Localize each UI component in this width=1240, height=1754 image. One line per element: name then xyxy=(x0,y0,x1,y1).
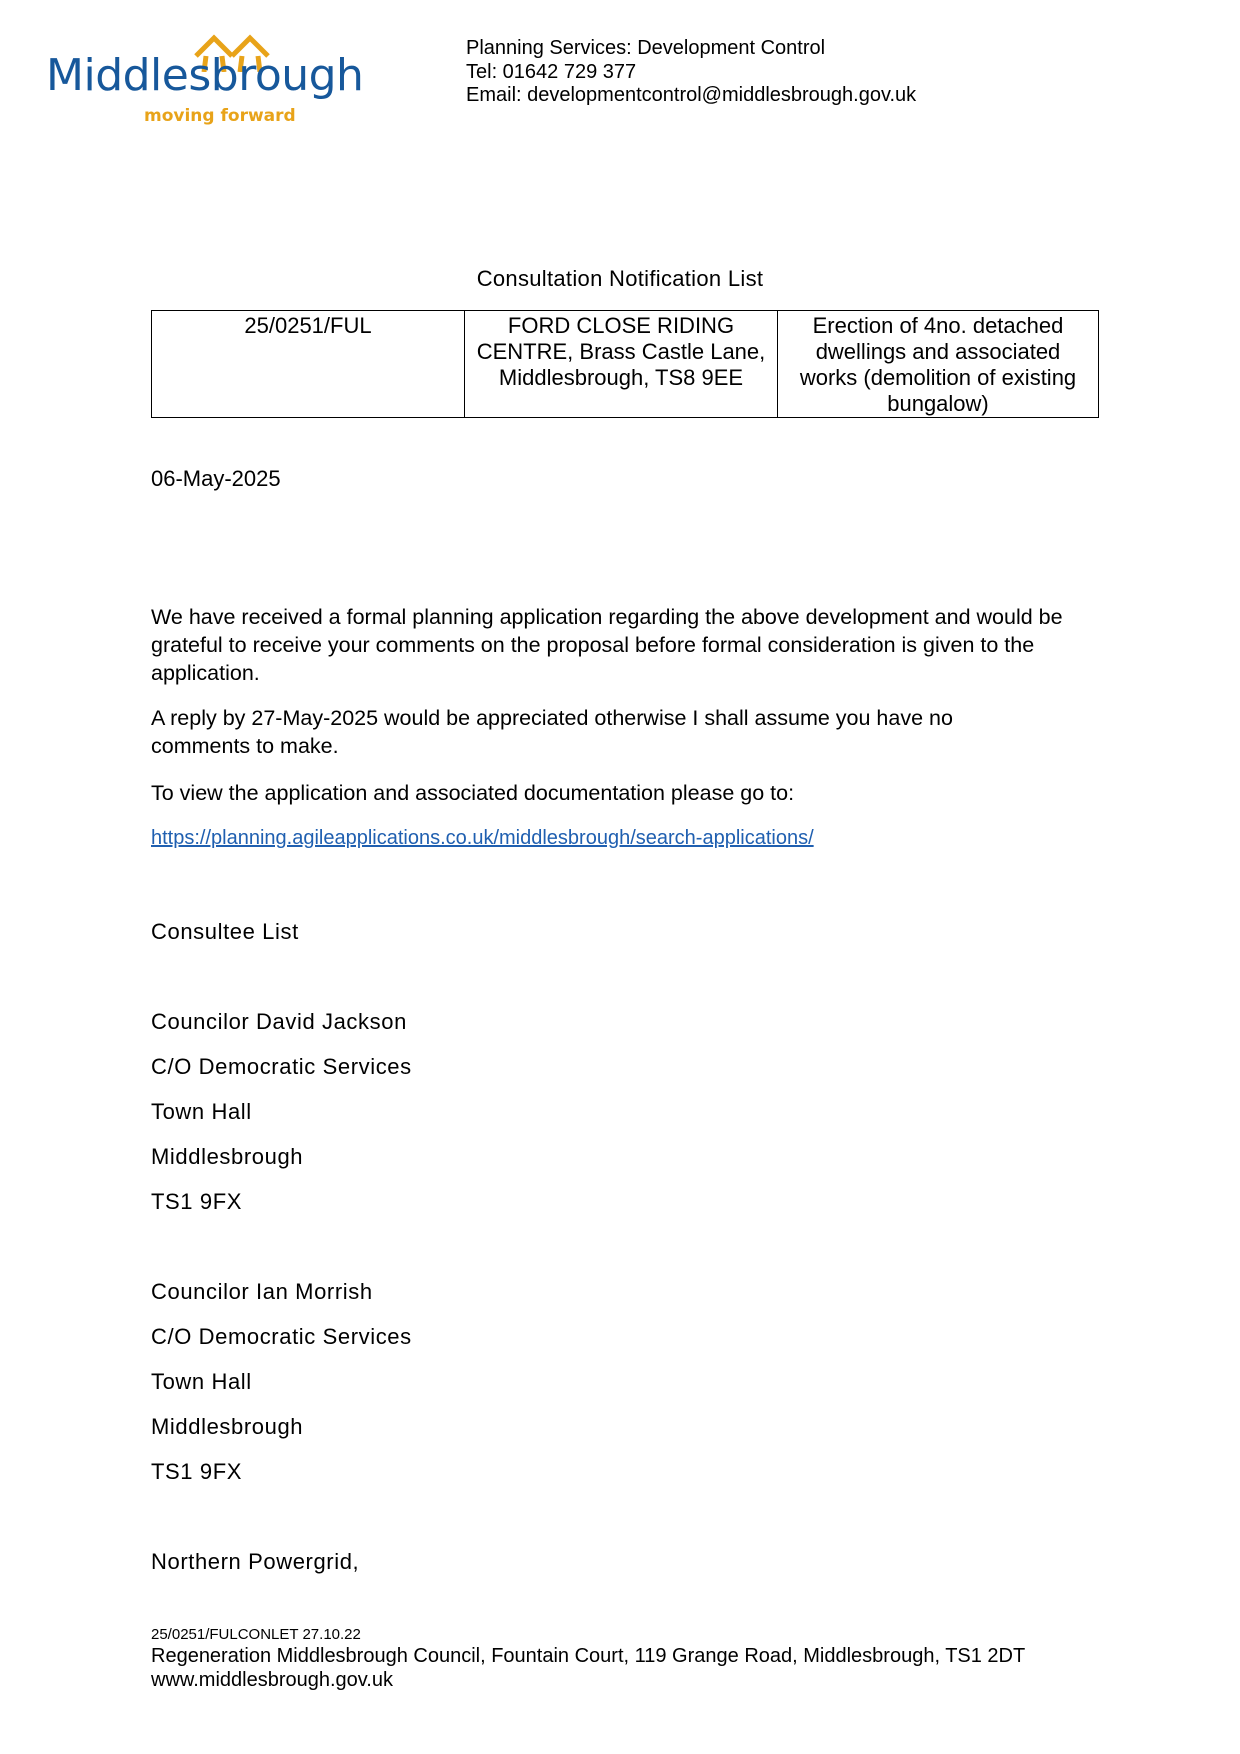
consultee-name: Councilor David Jackson xyxy=(151,1009,407,1035)
logo-tagline: moving forward xyxy=(144,108,296,125)
document-code: 25/0251/FULCONLET 27.10.22 xyxy=(151,1626,361,1643)
consultee-address-line: Middlesbrough xyxy=(151,1144,303,1170)
paragraph-reply-deadline: A reply by 27-May-2025 would be apprecia… xyxy=(151,704,1051,760)
page-title: Consultation Notification List xyxy=(0,266,1240,292)
department-label: Planning Services: Development Control xyxy=(466,37,825,60)
consultee-address-line: Town Hall xyxy=(151,1099,252,1125)
paragraph-intro: We have received a formal planning appli… xyxy=(151,603,1101,687)
letter-date: 06-May-2025 xyxy=(151,465,281,493)
footer-website: www.middlesbrough.gov.uk xyxy=(151,1669,393,1692)
consultee-address-line: C/O Democratic Services xyxy=(151,1324,412,1350)
paragraph-view-instructions: To view the application and associated d… xyxy=(151,779,1101,807)
email: Email: developmentcontrol@middlesbrough.… xyxy=(466,84,916,107)
application-proposal: Erection of 4no. detached dwellings and … xyxy=(778,311,1099,418)
council-logo: Middlesbrough moving forward xyxy=(44,32,334,128)
logo-wordmark: Middlesbrough xyxy=(46,54,363,98)
consultee-postcode: TS1 9FX xyxy=(151,1459,242,1485)
consultee-name: Councilor Ian Morrish xyxy=(151,1279,373,1305)
consultee-address-line: Town Hall xyxy=(151,1369,252,1395)
telephone: Tel: 01642 729 377 xyxy=(466,61,636,84)
planning-portal-link[interactable]: https://planning.agileapplications.co.uk… xyxy=(151,827,814,850)
application-reference: 25/0251/FUL xyxy=(152,311,465,418)
application-site: FORD CLOSE RIDING CENTRE, Brass Castle L… xyxy=(465,311,778,418)
application-table: 25/0251/FUL FORD CLOSE RIDING CENTRE, Br… xyxy=(151,310,1099,418)
table-row: 25/0251/FUL FORD CLOSE RIDING CENTRE, Br… xyxy=(152,311,1099,418)
consultee-name: Northern Powergrid, xyxy=(151,1549,359,1575)
consultee-postcode: TS1 9FX xyxy=(151,1189,242,1215)
consultee-list-heading: Consultee List xyxy=(151,919,299,945)
footer-address: Regeneration Middlesbrough Council, Foun… xyxy=(151,1645,1025,1668)
consultee-address-line: Middlesbrough xyxy=(151,1414,303,1440)
consultee-address-line: C/O Democratic Services xyxy=(151,1054,412,1080)
